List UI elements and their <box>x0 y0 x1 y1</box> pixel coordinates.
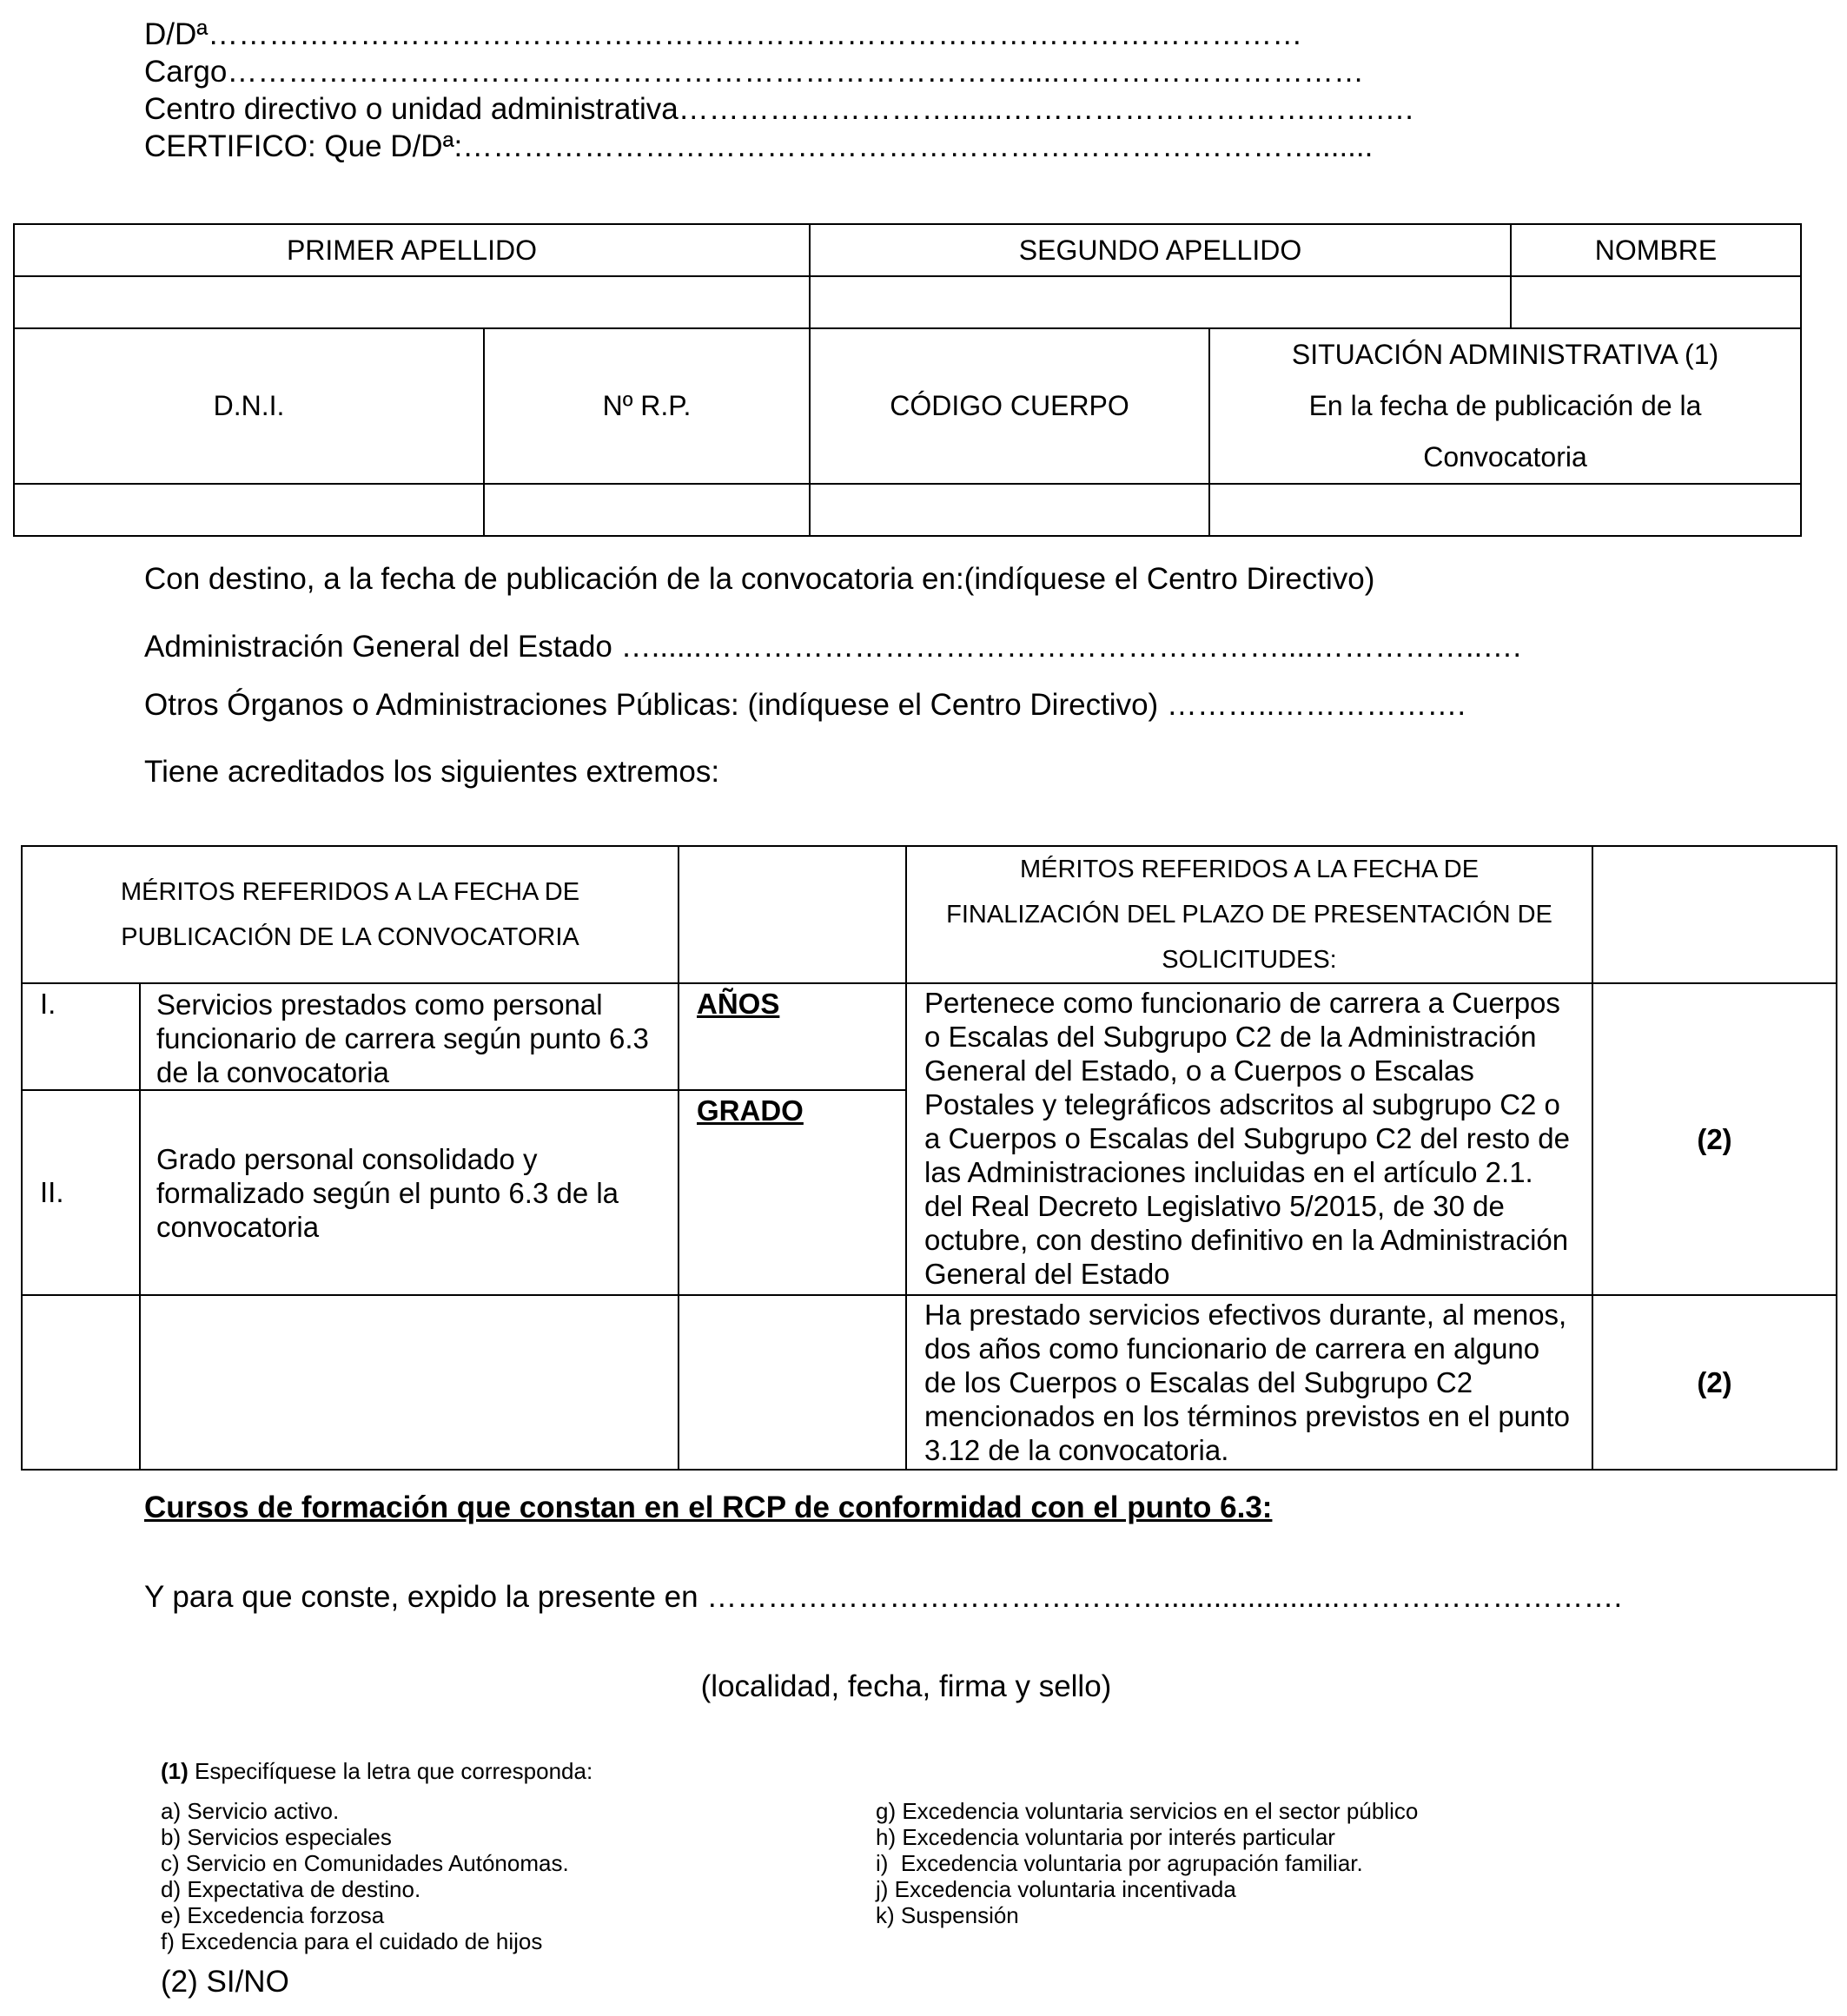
situation-option: f) Excedencia para el cuidado de hijos <box>161 1928 569 1954</box>
grado-field[interactable]: GRADO <box>679 1090 906 1295</box>
requirement-two-years-service: Ha prestado servicios efectivos durante,… <box>906 1295 1592 1470</box>
merits-deadline-header-line-1: MÉRITOS REFERIDOS A LA FECHA DE <box>907 847 1592 892</box>
issued-label: Y para que conste, expido la presente en <box>144 1580 698 1614</box>
situation-option: b) Servicios especiales <box>161 1824 569 1850</box>
situacion-administrativa-header: SITUACIÓN ADMINISTRATIVA (1) En la fecha… <box>1209 328 1801 484</box>
situacion-line-1: SITUACIÓN ADMINISTRATIVA (1) <box>1210 329 1800 380</box>
situation-option: g) Excedencia voluntaria servicios en el… <box>876 1798 1418 1824</box>
courses-title: Cursos de formación que constan en el RC… <box>144 1491 1272 1525</box>
certifier-header: D/Dª………………………………………………………………………………………………… <box>144 16 1415 165</box>
issued-line: Y para que conste, expido la presente en… <box>144 1580 1622 1615</box>
merit-row-anos: I. Servicios prestados como personal fun… <box>22 983 1837 1090</box>
segundo-apellido-header: SEGUNDO APELLIDO <box>810 224 1511 276</box>
situation-option: a) Servicio activo. <box>161 1798 569 1824</box>
nrp-header: Nº R.P. <box>484 328 810 484</box>
cargo-line: Cargo…………………………………………………………………….....…………… <box>144 53 1415 90</box>
dni-header: D.N.I. <box>14 328 484 484</box>
otros-organos-line: Otros Órganos o Administraciones Pública… <box>144 688 1466 723</box>
empty-cell <box>679 1295 906 1470</box>
requirement-two-years-flag[interactable]: (2) <box>1592 1295 1837 1470</box>
certifico-label: CERTIFICO: Que D/Dª: <box>144 129 462 163</box>
anos-field[interactable]: AÑOS <box>679 983 906 1090</box>
merits-deadline-header-line-2: FINALIZACIÓN DEL PLAZO DE PRESENTACIÓN D… <box>907 892 1592 937</box>
situation-option: h) Excedencia voluntaria por interés par… <box>876 1824 1418 1850</box>
otros-organos-field[interactable]: ………..………………. <box>1167 688 1466 722</box>
situation-option: c) Servicio en Comunidades Autónomas. <box>161 1850 569 1876</box>
note-2: (2) SI/NO <box>161 1965 289 1999</box>
situation-options-left: a) Servicio activo. b) Servicios especia… <box>161 1798 569 1954</box>
certifico-line: CERTIFICO: Que D/Dª:……………………………………………………… <box>144 128 1415 165</box>
age-label: Administración General del Estado <box>144 630 612 664</box>
dni-cell[interactable] <box>14 484 484 536</box>
note-1: (1) Especifíquese la letra que correspon… <box>161 1758 592 1784</box>
merits-publication-header-line-1: MÉRITOS REFERIDOS A LA FECHA DE <box>23 869 678 915</box>
merits-table: MÉRITOS REFERIDOS A LA FECHA DE PUBLICAC… <box>21 845 1837 1471</box>
requirement-c2-membership-flag[interactable]: (2) <box>1592 983 1837 1295</box>
primer-apellido-cell[interactable] <box>14 276 810 328</box>
cargo-label: Cargo <box>144 55 227 89</box>
situacion-administrativa-cell[interactable] <box>1209 484 1801 536</box>
age-field[interactable]: …......…………………………………………………....……………..…. <box>621 630 1521 664</box>
merit-number: II. <box>22 1090 140 1295</box>
merit-description: Servicios prestados como personal funcio… <box>140 983 679 1090</box>
merit-description: Grado personal consolidado y formalizado… <box>140 1090 679 1295</box>
note-1-marker: (1) <box>161 1758 189 1784</box>
identity-table: PRIMER APELLIDO SEGUNDO APELLIDO NOMBRE … <box>13 223 1802 537</box>
note-1-text: Especifíquese la letra que corresponda: <box>195 1758 592 1784</box>
cargo-field[interactable]: …………………………………………………………………….....………………………… <box>227 55 1364 89</box>
situation-option: k) Suspensión <box>876 1902 1418 1928</box>
codigo-cuerpo-header: CÓDIGO CUERPO <box>810 328 1209 484</box>
accredits-text: Tiene acreditados los siguientes extremo… <box>144 755 719 790</box>
certified-person-field[interactable]: …………………………………………………………………………....... <box>462 129 1373 163</box>
merits-deadline-header-line-3: SOLICITUDES: <box>907 937 1592 982</box>
merits-header-empty <box>679 846 906 983</box>
nombre-cell[interactable] <box>1511 276 1801 328</box>
merit-number: I. <box>22 983 140 1090</box>
nrp-cell[interactable] <box>484 484 810 536</box>
situacion-line-3: Convocatoria <box>1210 432 1800 483</box>
merits-publication-header: MÉRITOS REFERIDOS A LA FECHA DE PUBLICAC… <box>22 846 679 983</box>
situation-options-right: g) Excedencia voluntaria servicios en el… <box>876 1798 1418 1928</box>
issued-place-field[interactable]: ……………………………………….....................…………… <box>706 1580 1622 1614</box>
certifier-name-label: D/Dª <box>144 17 208 51</box>
signature-hint: (localidad, fecha, firma y sello) <box>0 1669 1812 1704</box>
situation-option: d) Expectativa de destino. <box>161 1876 569 1902</box>
otros-organos-label: Otros Órganos o Administraciones Pública… <box>144 688 1158 722</box>
certifier-name-field[interactable]: ……………………………………………………………………………………………… <box>208 17 1302 51</box>
situation-option: j) Excedencia voluntaria incentivada <box>876 1876 1418 1902</box>
primer-apellido-header: PRIMER APELLIDO <box>14 224 810 276</box>
merits-flag-header-empty <box>1592 846 1837 983</box>
situation-option: i) Excedencia voluntaria por agrupación … <box>876 1850 1418 1876</box>
destination-intro: Con destino, a la fecha de publicación d… <box>144 562 1374 597</box>
requirement-row-services: Ha prestado servicios efectivos durante,… <box>22 1295 1837 1470</box>
certifier-name-line: D/Dª……………………………………………………………………………………………… <box>144 16 1415 53</box>
empty-cell <box>22 1295 140 1470</box>
age-line: Administración General del Estado ….....… <box>144 630 1521 664</box>
merits-deadline-header: MÉRITOS REFERIDOS A LA FECHA DE FINALIZA… <box>906 846 1592 983</box>
empty-cell <box>140 1295 679 1470</box>
segundo-apellido-cell[interactable] <box>810 276 1511 328</box>
merits-publication-header-line-2: PUBLICACIÓN DE LA CONVOCATORIA <box>23 915 678 960</box>
centro-directivo-line: Centro directivo o unidad administrativa… <box>144 90 1415 128</box>
nombre-header: NOMBRE <box>1511 224 1801 276</box>
situation-option: e) Excedencia forzosa <box>161 1902 569 1928</box>
centro-directivo-label: Centro directivo o unidad administrativa <box>144 92 679 126</box>
situacion-line-2: En la fecha de publicación de la <box>1210 380 1800 432</box>
centro-directivo-field[interactable]: ………………………......………………………….…….… <box>679 92 1415 126</box>
codigo-cuerpo-cell[interactable] <box>810 484 1209 536</box>
requirement-c2-membership: Pertenece como funcionario de carrera a … <box>906 983 1592 1295</box>
